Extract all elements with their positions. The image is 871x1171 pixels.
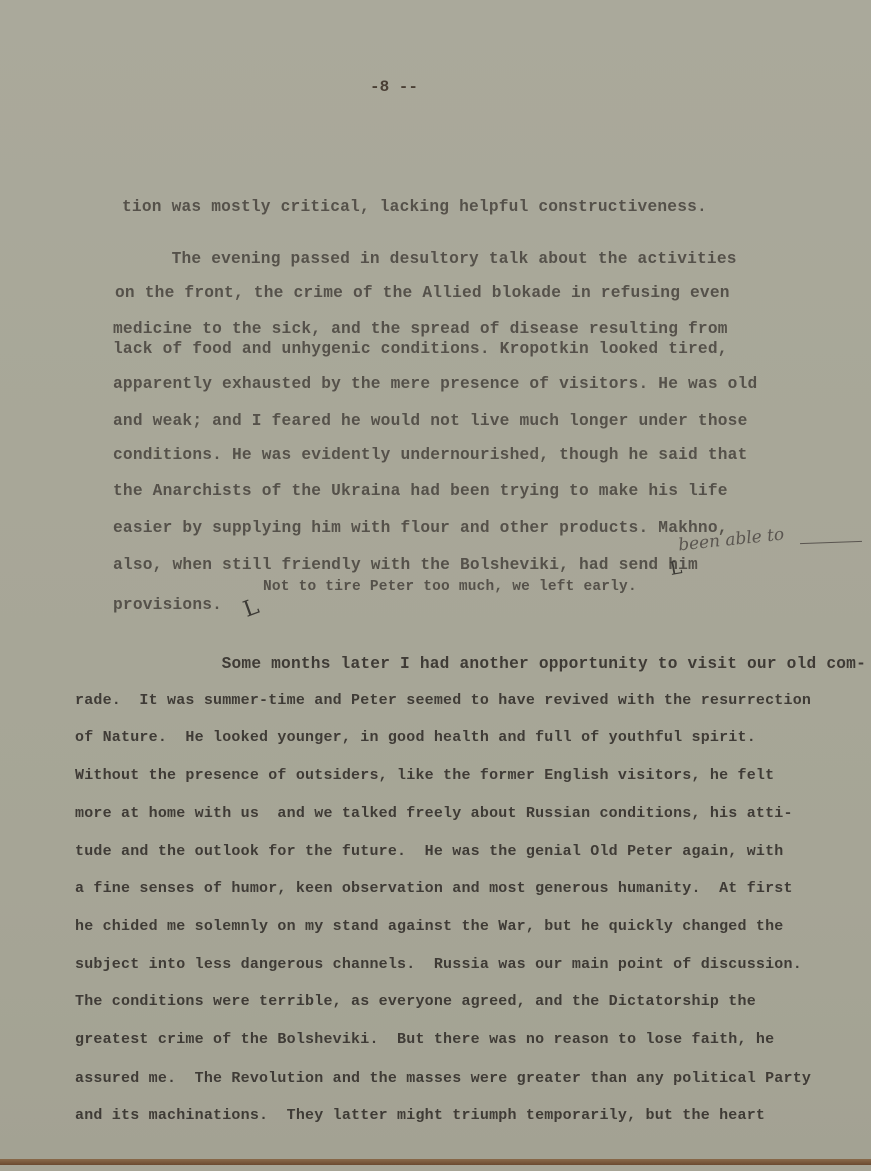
text-line: conditions. He was evidently undernouris… xyxy=(113,446,748,464)
text-line: lack of food and unhygenic conditions. K… xyxy=(113,340,728,358)
text-line: greatest crime of the Bolsheviki. But th… xyxy=(75,1031,774,1048)
page-bottom-edge xyxy=(0,1159,871,1165)
text-line: The conditions were terrible, as everyon… xyxy=(75,993,756,1010)
document-page: -8 -- tion was mostly critical, lacking … xyxy=(0,0,871,1165)
insertion-caret-mark: L xyxy=(240,594,262,622)
text-line: tion was mostly critical, lacking helpfu… xyxy=(122,198,707,216)
text-line: tude and the outlook for the future. He … xyxy=(75,843,784,860)
text-line: The evening passed in desultory talk abo… xyxy=(122,250,737,268)
text-line: the Anarchists of the Ukraina had been t… xyxy=(113,482,728,500)
inserted-typed-line: Not to tire Peter too much, we left earl… xyxy=(263,579,637,595)
text-line: also, when still friendly with the Bolsh… xyxy=(113,556,698,574)
text-line: Some months later I had another opportun… xyxy=(172,655,866,673)
text-line: Without the presence of outsiders, like … xyxy=(75,767,774,784)
text-line: medicine to the sick, and the spread of … xyxy=(113,320,728,338)
text-line: assured me. The Revolution and the masse… xyxy=(75,1070,811,1087)
text-line: and its machinations. They latter might … xyxy=(75,1107,765,1124)
text-line: subject into less dangerous channels. Ru… xyxy=(75,956,802,973)
text-line: rade. It was summer-time and Peter seeme… xyxy=(75,692,811,709)
page-number: -8 -- xyxy=(370,78,418,96)
text-line: he chided me solemnly on my stand agains… xyxy=(75,918,784,935)
text-line: of Nature. He looked younger, in good he… xyxy=(75,729,756,746)
text-line: and weak; and I feared he would not live… xyxy=(113,412,748,430)
text-line: provisions. xyxy=(113,596,222,614)
text-line: more at home with us and we talked freel… xyxy=(75,805,793,822)
margin-pen-stroke xyxy=(800,541,862,544)
text-line: on the front, the crime of the Allied bl… xyxy=(115,284,730,302)
text-line: easier by supplying him with flour and o… xyxy=(113,519,728,537)
text-line: apparently exhausted by the mere presenc… xyxy=(113,375,757,393)
text-line: a fine senses of humor, keen observation… xyxy=(75,880,793,897)
